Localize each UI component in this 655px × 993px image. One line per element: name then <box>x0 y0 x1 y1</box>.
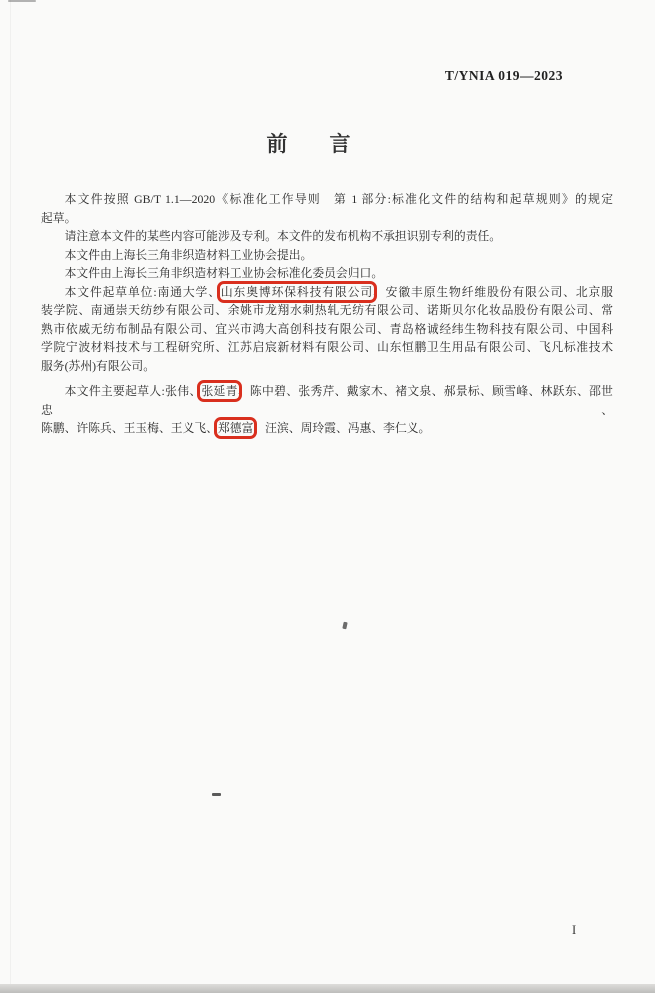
text-line: 请注意本文件的某些内容可能涉及专利。本文件的发布机构不承担识别专利的责任。 <box>41 227 613 246</box>
text-run: 本文件起草单位:南通大学、 <box>65 285 221 299</box>
red-highlight-box: 张延青 <box>201 384 237 398</box>
paragraph: 本文件主要起草人:张伟、张延青、陈中碧、张秀芹、戴家木、褚文泉、郝景标、顾雪峰、… <box>41 382 613 438</box>
text-run: 本文件由上海长三角非织造材料工业协会提出。 <box>65 248 313 262</box>
text-run: 本文件主要起草人:张伟、 <box>65 384 202 398</box>
text-line: 陈鹏、许陈兵、王玉梅、王义飞、郑德富、汪滨、周玲霞、冯惠、李仁义。 <box>41 419 613 438</box>
text-line: 本文件由上海长三角非织造材料工业协会标准化委员会归口。 <box>41 264 613 283</box>
text-run: 熟市依威无纺布制品有限公司、宜兴市鸿大高创科技有限公司、青岛格诚经纬生物科技有限… <box>41 322 613 336</box>
text-run: 学院宁波材料技术与工程研究所、江苏启宸新材料有限公司、山东恒鹏卫生用品有限公司、… <box>41 340 613 354</box>
text-line: 起草。 <box>41 209 613 228</box>
foreword-title: 前 言 <box>0 128 636 158</box>
scan-speck <box>342 622 347 630</box>
text-line: 本文件按照 GB/T 1.1—2020《标准化工作导则 第 1 部分:标准化文件… <box>41 190 613 209</box>
scan-edge-band <box>0 984 655 993</box>
red-highlight-box: 山东奥博环保科技有限公司 <box>221 285 373 299</box>
paragraph: 本文件起草单位:南通大学、山东奥博环保科技有限公司、安徽丰原生物纤维股份有限公司… <box>41 283 613 376</box>
paragraph: 本文件由上海长三角非织造材料工业协会提出。 <box>41 246 613 265</box>
foreword-body: 本文件按照 GB/T 1.1—2020《标准化工作导则 第 1 部分:标准化文件… <box>41 190 613 438</box>
text-run: 陈鹏、许陈兵、王玉梅、王义飞、 <box>41 421 218 435</box>
standard-number: T/YNIA 019—2023 <box>445 68 563 84</box>
text-run: 本文件按照 GB/T 1.1—2020《标准化工作导则 第 1 部分:标准化文件… <box>65 192 613 206</box>
text-line: 本文件起草单位:南通大学、山东奥博环保科技有限公司、安徽丰原生物纤维股份有限公司… <box>41 283 613 302</box>
paragraph: 本文件按照 GB/T 1.1—2020《标准化工作导则 第 1 部分:标准化文件… <box>41 190 613 227</box>
text-line: 熟市依威无纺布制品有限公司、宜兴市鸿大高创科技有限公司、青岛格诚经纬生物科技有限… <box>41 320 613 339</box>
text-run: 起草。 <box>41 211 76 225</box>
text-run: 服务(苏州)有限公司。 <box>41 359 155 373</box>
text-line: 本文件主要起草人:张伟、张延青、陈中碧、张秀芹、戴家木、褚文泉、郝景标、顾雪峰、… <box>41 382 613 419</box>
text-run: 请注意本文件的某些内容可能涉及专利。本文件的发布机构不承担识别专利的责任。 <box>65 229 502 243</box>
red-highlight-box: 郑德富 <box>218 421 253 435</box>
scan-speck <box>212 793 221 796</box>
text-run: 本文件由上海长三角非织造材料工业协会标准化委员会归口。 <box>65 266 384 280</box>
text-run: 装学院、南通崇天纺纱有限公司、余姚市龙翔水刺热轧无纺有限公司、诺斯贝尔化妆品股份… <box>41 303 613 317</box>
paragraph: 本文件由上海长三角非织造材料工业协会标准化委员会归口。 <box>41 264 613 283</box>
document-page: T/YNIA 019—2023 前 言 本文件按照 GB/T 1.1—2020《… <box>0 0 655 993</box>
text-run: 、汪滨、周玲霞、冯惠、李仁义。 <box>253 421 430 435</box>
text-line: 本文件由上海长三角非织造材料工业协会提出。 <box>41 246 613 265</box>
text-line: 学院宁波材料技术与工程研究所、江苏启宸新材料有限公司、山东恒鹏卫生用品有限公司、… <box>41 338 613 357</box>
text-run: 、安徽丰原生物纤维股份有限公司、北京服 <box>373 285 613 299</box>
text-line: 服务(苏州)有限公司。 <box>41 357 613 376</box>
text-line: 装学院、南通崇天纺纱有限公司、余姚市龙翔水刺热轧无纺有限公司、诺斯贝尔化妆品股份… <box>41 301 613 320</box>
paragraph: 请注意本文件的某些内容可能涉及专利。本文件的发布机构不承担识别专利的责任。 <box>41 227 613 246</box>
scan-smudge <box>8 0 36 2</box>
page-number: I <box>572 923 576 938</box>
